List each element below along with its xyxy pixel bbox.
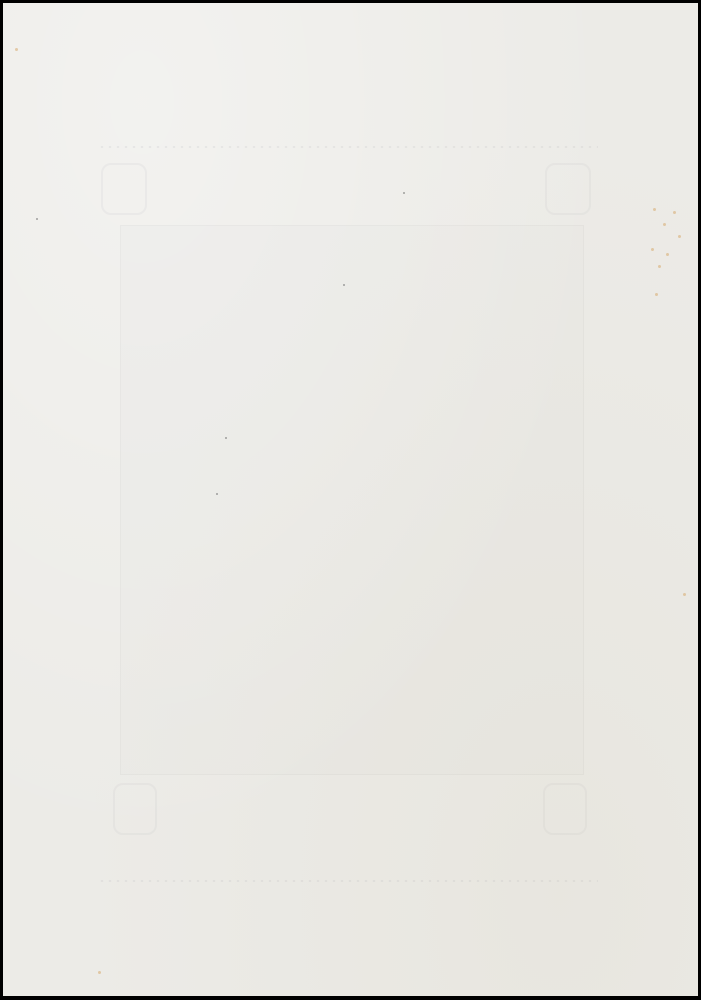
ghost-corner-frame bbox=[113, 783, 157, 835]
dust-speck bbox=[216, 493, 218, 495]
foxing-spot bbox=[98, 971, 101, 974]
paper-sheet bbox=[3, 3, 698, 996]
foxing-spot bbox=[658, 265, 661, 268]
dust-speck bbox=[403, 192, 405, 194]
dust-speck bbox=[343, 284, 345, 286]
foxing-spot bbox=[15, 48, 18, 51]
perforation-row-bottom bbox=[98, 880, 598, 882]
foxing-spot bbox=[666, 253, 669, 256]
dust-speck bbox=[36, 218, 38, 220]
ghost-corner-frame bbox=[543, 783, 587, 835]
foxing-spot bbox=[673, 211, 676, 214]
ghost-corner-frame bbox=[101, 163, 147, 215]
foxing-spot bbox=[683, 593, 686, 596]
foxing-spot bbox=[653, 208, 656, 211]
foxing-spot bbox=[663, 223, 666, 226]
foxing-spot bbox=[651, 248, 654, 251]
ghost-corner-frame bbox=[545, 163, 591, 215]
foxing-spot bbox=[678, 235, 681, 238]
dust-speck bbox=[225, 437, 227, 439]
perforation-row-top bbox=[98, 146, 598, 148]
foxing-spot bbox=[655, 293, 658, 296]
ghost-stamp-frame bbox=[120, 225, 584, 775]
